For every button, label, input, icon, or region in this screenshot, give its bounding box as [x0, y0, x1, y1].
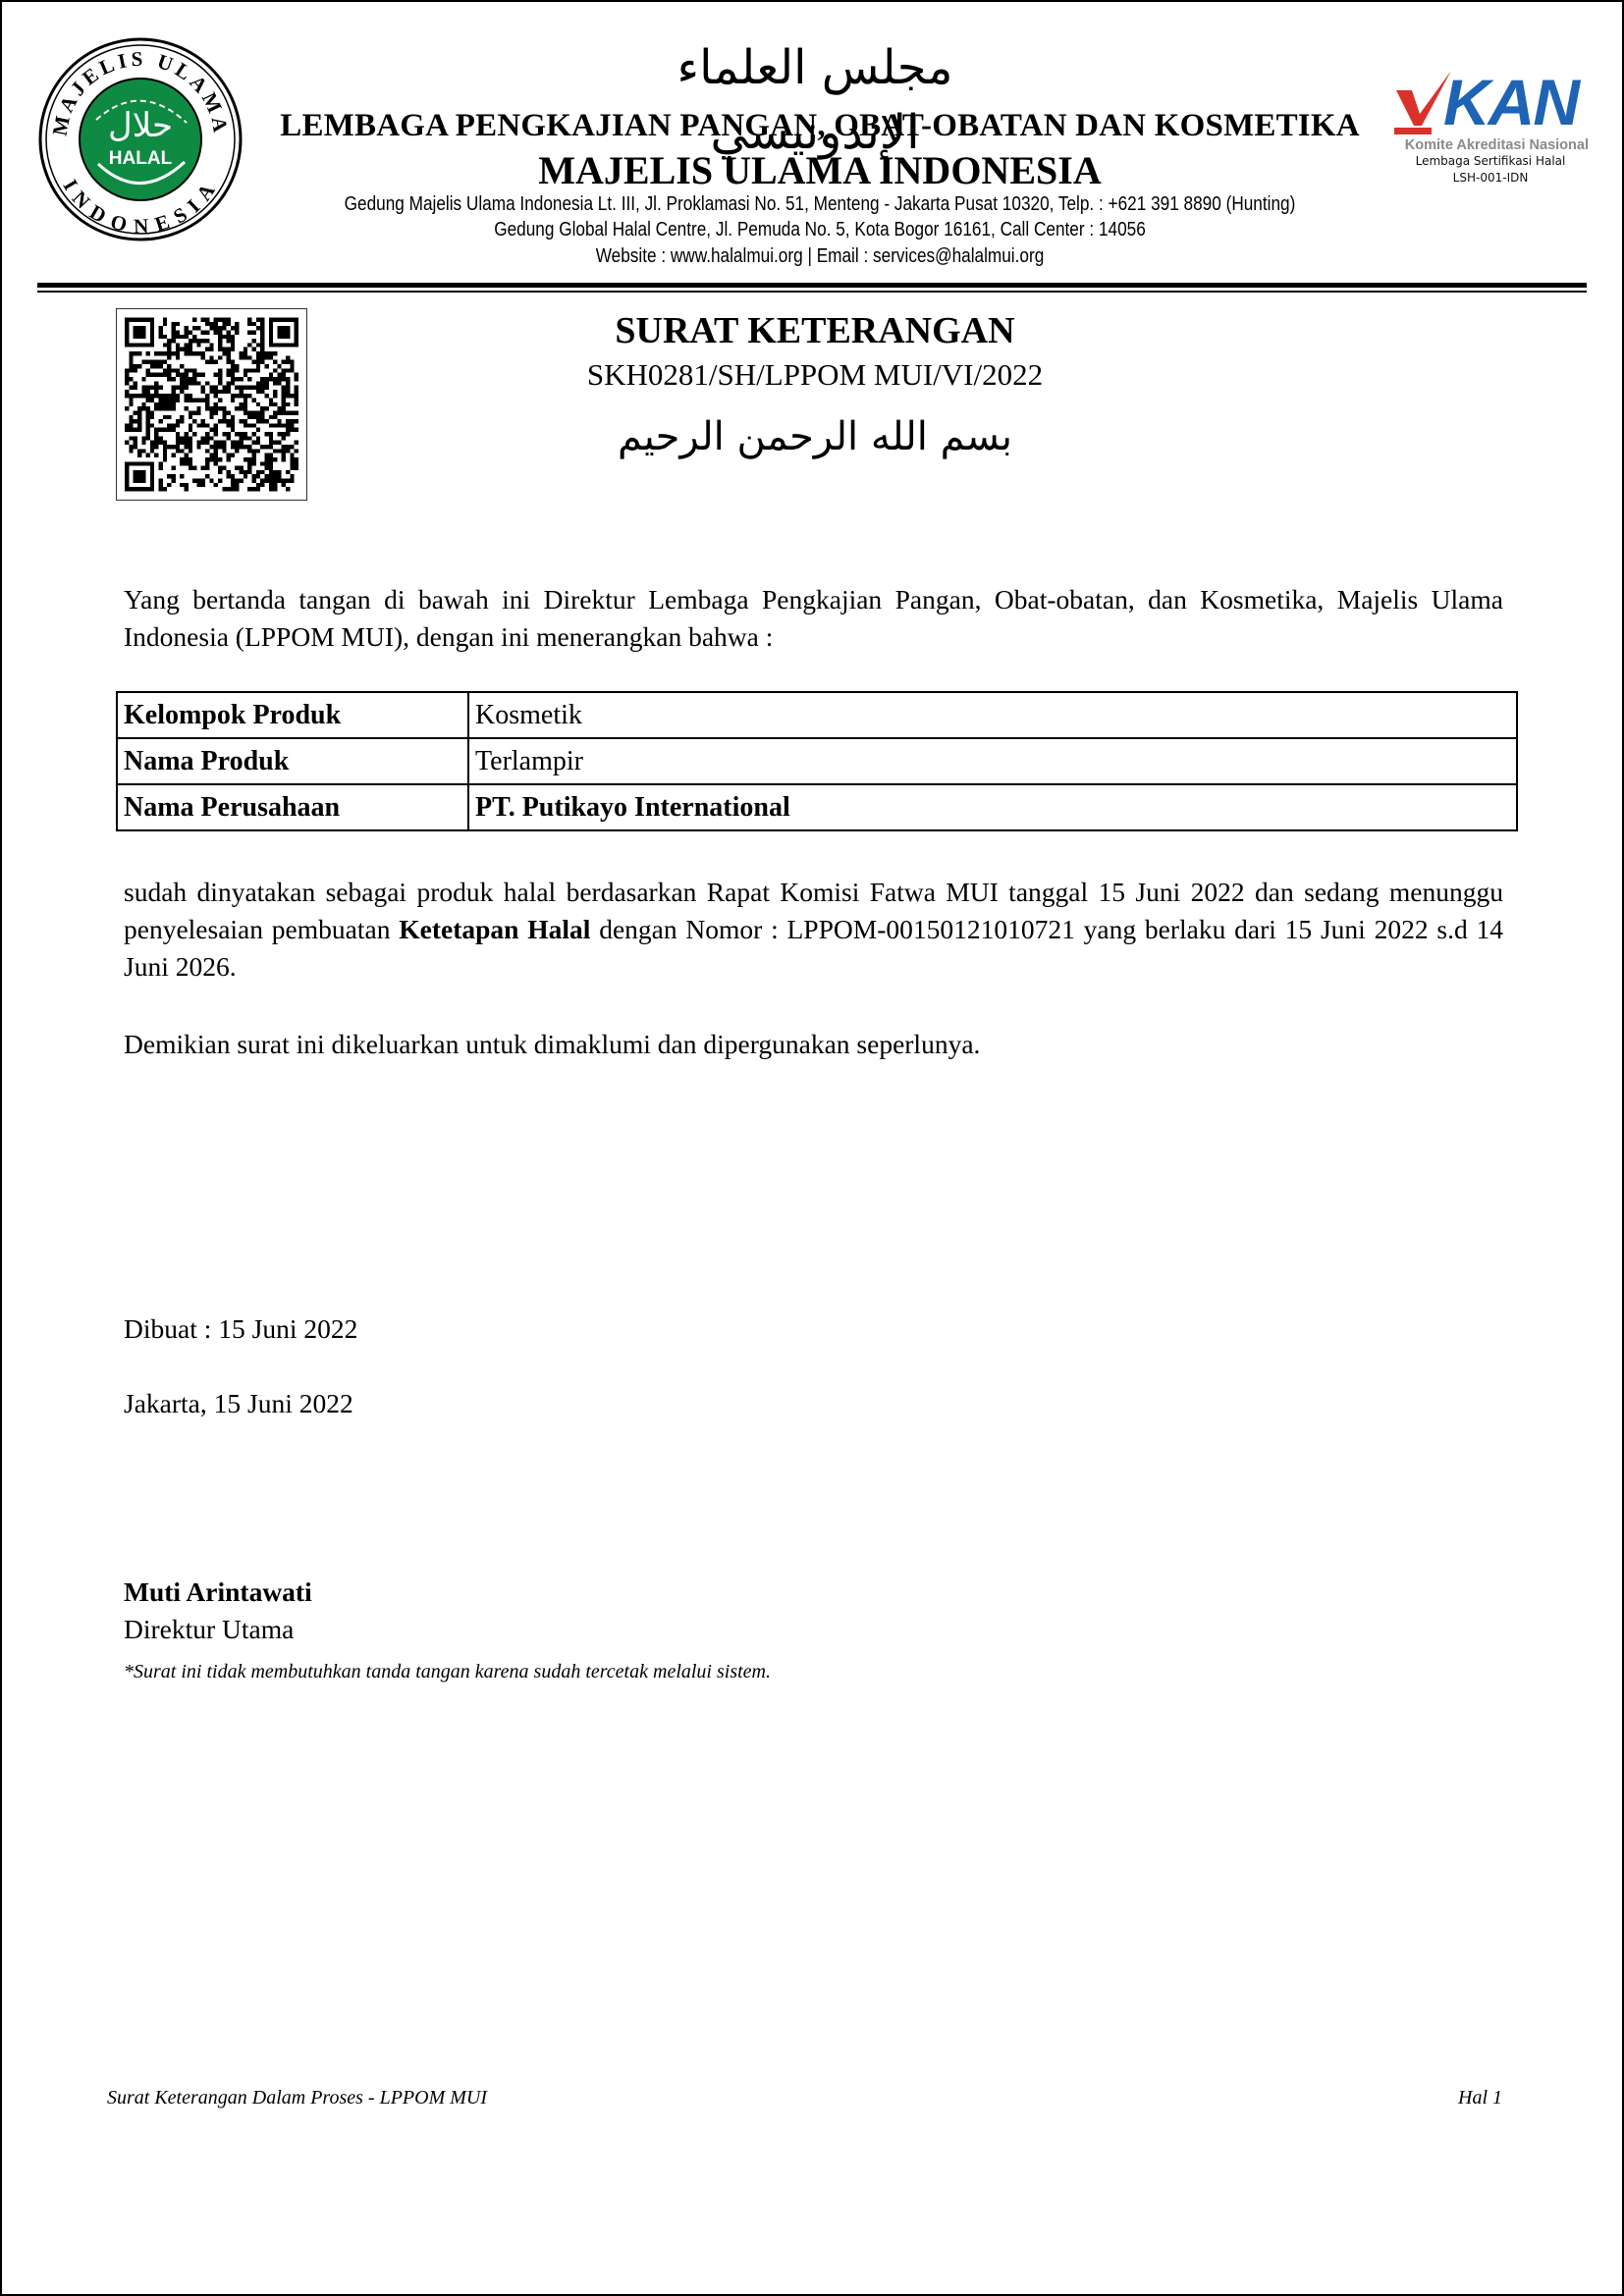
qr-code [116, 308, 307, 501]
mui-halal-logo: MAJELIS ULAMA INDONESIA حلال HALAL [37, 36, 244, 242]
table-row: Nama Produk Terlampir [117, 738, 1517, 784]
document-number: SKH0281/SH/LPPOM MUI/VI/2022 [412, 357, 1218, 393]
org-name: LEMBAGA PENGKAJIAN PANGAN, OBAT-OBATAN D… [265, 108, 1375, 144]
company-name-value: PT. Putikayo International [468, 784, 1517, 830]
row-label: Kelompok Produk [117, 692, 468, 738]
header-divider-thin [37, 291, 1587, 293]
created-date: Dibuat : 15 Juni 2022 [124, 1313, 357, 1345]
row-label: Nama Produk [117, 738, 468, 784]
kan-wordmark: KAN [1443, 65, 1578, 139]
product-info-table: Kelompok Produk Kosmetik Nama Produk Ter… [116, 691, 1518, 831]
kan-certification-body: Lembaga Sertifikasi Halal [1392, 154, 1589, 168]
signer-name: Muti Arintawati [124, 1576, 312, 1608]
address-line: Gedung Majelis Ulama Indonesia Lt. III, … [343, 193, 1297, 216]
kan-accreditation-number: LSH-001-IDN [1392, 171, 1589, 185]
document-title: SURAT KETERANGAN [412, 309, 1218, 352]
svg-text:حلال: حلال [108, 106, 173, 145]
intro-paragraph: Yang bertanda tangan di bawah ini Direkt… [124, 581, 1503, 656]
signer-position: Direktur Utama [124, 1614, 294, 1645]
row-value: Kosmetik [468, 692, 1517, 738]
statement-emphasis: Ketetapan Halal [399, 914, 590, 944]
statement-paragraph: sudah dinyatakan sebagai produk halal be… [124, 874, 1503, 986]
basmala-calligraphy: بسم الله الرحمن الرحيم [609, 402, 1021, 471]
table-row: Nama Perusahaan PT. Putikayo Internation… [117, 784, 1517, 830]
page-number: Hal 1 [1434, 2087, 1502, 2109]
system-note: *Surat ini tidak membutuhkan tanda tanga… [124, 1661, 771, 1683]
table-row: Kelompok Produk Kosmetik [117, 692, 1517, 738]
footer-title: Surat Keterangan Dalam Proses - LPPOM MU… [107, 2087, 487, 2109]
arabic-org-title: مجلس العلماء الإندونيسي [628, 35, 1001, 100]
row-value: Terlampir [468, 738, 1517, 784]
row-label: Nama Perusahaan [117, 784, 468, 830]
parent-org-name: MAJELIS ULAMA INDONESIA [265, 147, 1375, 193]
kan-subtitle: Komite Akreditasi Nasional [1392, 137, 1589, 153]
header-divider [37, 283, 1587, 288]
address-line: Gedung Global Halal Centre, Jl. Pemuda N… [343, 219, 1297, 241]
contact-line: Website : www.halalmui.org | Email : ser… [343, 245, 1297, 268]
closing-paragraph: Demikian surat ini dikeluarkan untuk dim… [124, 1026, 1503, 1063]
svg-text:HALAL: HALAL [109, 148, 173, 169]
place-and-date: Jakarta, 15 Juni 2022 [124, 1388, 353, 1419]
